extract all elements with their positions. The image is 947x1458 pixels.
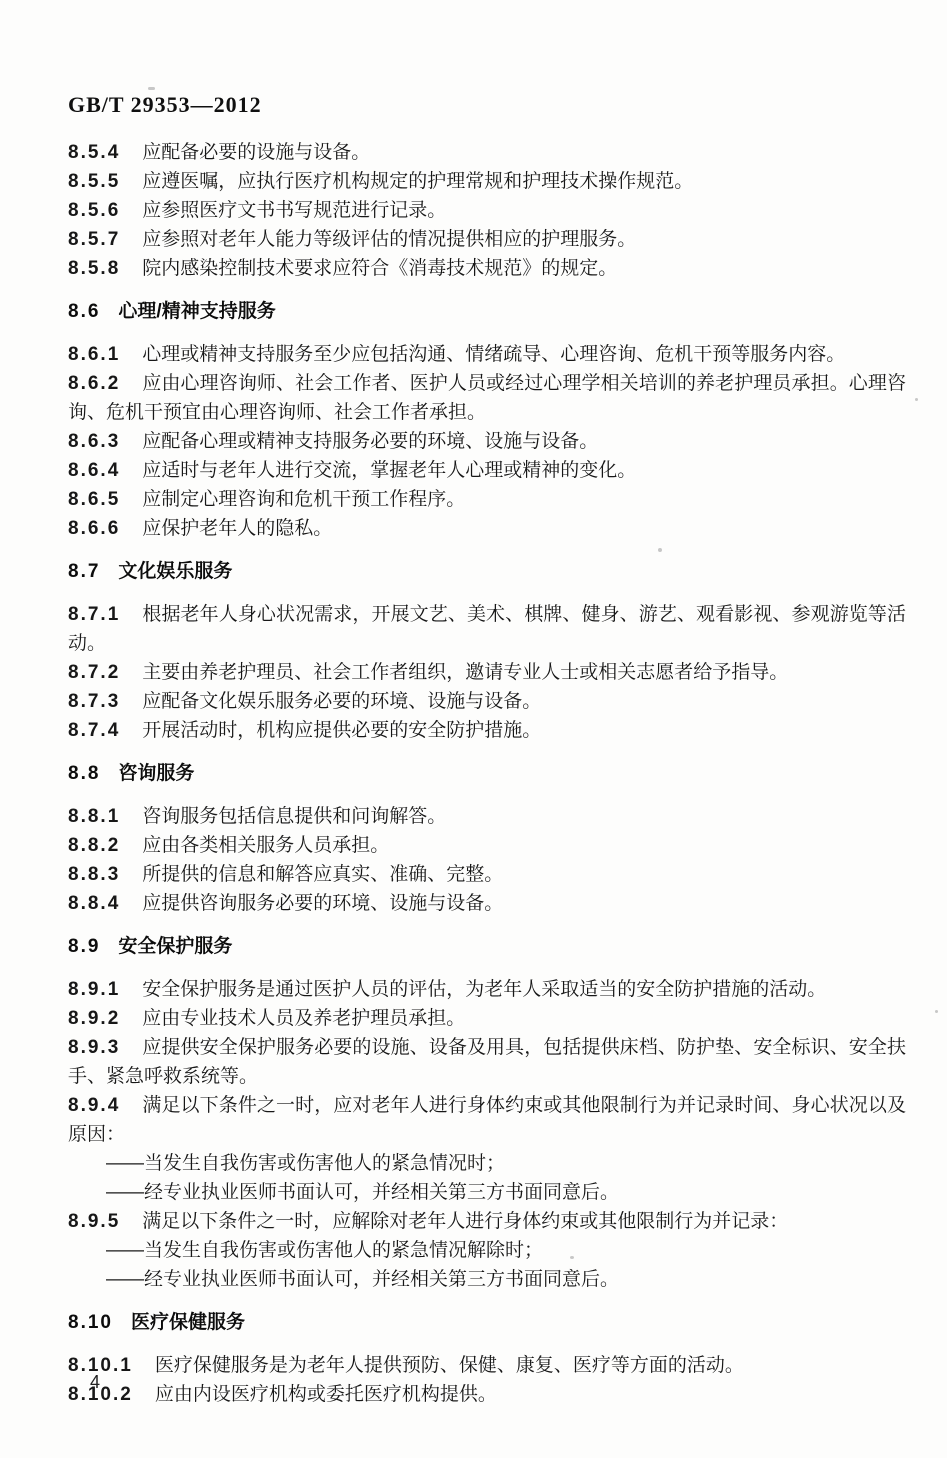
- scan-artifact: [570, 1256, 574, 1259]
- clause-line: 8.10.2应由内设医疗机构或委托医疗机构提供。: [68, 1380, 906, 1409]
- clause-number: 8.9.1: [68, 975, 120, 1004]
- clause-number: 8.5.6: [68, 196, 120, 225]
- clause-line: 8.9.1安全保护服务是通过医护人员的评估，为老年人采取适当的安全防护措施的活动…: [68, 975, 906, 1004]
- clause-number: 8.9.3: [68, 1033, 120, 1062]
- clause-number: 8.10.1: [68, 1351, 133, 1380]
- standard-code-header: GB/T 29353—2012: [68, 92, 262, 118]
- clause-line: 8.7.3应配备文化娱乐服务必要的环境、设施与设备。: [68, 687, 906, 716]
- clause-text: 应适时与老年人进行交流，掌握老年人心理或精神的变化。: [142, 460, 636, 481]
- clause-line: 8.5.7应参照对老年人能力等级评估的情况提供相应的护理服务。: [68, 225, 906, 254]
- clause-number: 8.5.8: [68, 254, 120, 283]
- clause-line: 8.9.4满足以下条件之一时，应对老年人进行身体约束或其他限制行为并记录时间、身…: [68, 1091, 906, 1149]
- clause-line: 8.7.1根据老年人身心状况需求，开展文艺、美术、棋牌、健身、游艺、观看影视、参…: [68, 600, 906, 658]
- clause-number: 8.5.4: [68, 138, 120, 167]
- clause-number: 8.6.3: [68, 427, 120, 456]
- clause-number: 8.9.4: [68, 1091, 120, 1120]
- section-heading: 8.8咨询服务: [68, 759, 906, 788]
- clause-number: 8.5.7: [68, 225, 120, 254]
- clause-text: 应配备心理或精神支持服务必要的环境、设施与设备。: [142, 431, 598, 452]
- clause-number: 8.7.4: [68, 716, 120, 745]
- dash-list-item: ——经专业执业医师书面认可，并经相关第三方书面同意后。: [68, 1265, 906, 1294]
- scan-artifact: [915, 398, 918, 401]
- clause-text: 满足以下条件之一时，应对老年人进行身体约束或其他限制行为并记录时间、身心状况以及…: [68, 1095, 906, 1145]
- section-title: 医疗保健服务: [131, 1312, 245, 1333]
- clause-text: 咨询服务包括信息提供和问询解答。: [142, 806, 446, 827]
- clause-number: 8.6.5: [68, 485, 120, 514]
- dash-list-item: ——当发生自我伤害或伤害他人的紧急情况解除时；: [68, 1236, 906, 1265]
- clause-text: 开展活动时，机构应提供必要的安全防护措施。: [142, 720, 541, 741]
- document-body: 8.5.4应配备必要的设施与设备。8.5.5应遵医嘱，应执行医疗机构规定的护理常…: [68, 138, 906, 1409]
- scan-artifact: [658, 548, 662, 552]
- clause-line: 8.5.6应参照医疗文书书写规范进行记录。: [68, 196, 906, 225]
- clause-line: 8.6.5应制定心理咨询和危机干预工作程序。: [68, 485, 906, 514]
- section-title: 安全保护服务: [118, 936, 232, 957]
- clause-text: 应配备必要的设施与设备。: [142, 142, 370, 163]
- clause-text: 应提供安全保护服务必要的设施、设备及用具，包括提供床档、防护垫、安全标识、安全扶…: [68, 1037, 906, 1087]
- clause-text: 应制定心理咨询和危机干预工作程序。: [142, 489, 465, 510]
- clause-line: 8.6.1心理或精神支持服务至少应包括沟通、情绪疏导、心理咨询、危机干预等服务内…: [68, 340, 906, 369]
- document-page: GB/T 29353—2012 8.5.4应配备必要的设施与设备。8.5.5应遵…: [0, 0, 947, 1458]
- section-heading: 8.9安全保护服务: [68, 932, 906, 961]
- clause-line: 8.7.2主要由养老护理员、社会工作者组织，邀请专业人士或相关志愿者给予指导。: [68, 658, 906, 687]
- clause-number: 8.7.1: [68, 600, 120, 629]
- section-number: 8.7: [68, 557, 100, 586]
- clause-line: 8.7.4开展活动时，机构应提供必要的安全防护措施。: [68, 716, 906, 745]
- section-heading: 8.10医疗保健服务: [68, 1308, 906, 1337]
- clause-text: 主要由养老护理员、社会工作者组织，邀请专业人士或相关志愿者给予指导。: [142, 662, 788, 683]
- clause-line: 8.6.3应配备心理或精神支持服务必要的环境、设施与设备。: [68, 427, 906, 456]
- clause-text: 应参照医疗文书书写规范进行记录。: [142, 200, 446, 221]
- page-number: 4: [90, 1372, 100, 1393]
- clause-line: 8.6.4应适时与老年人进行交流，掌握老年人心理或精神的变化。: [68, 456, 906, 485]
- clause-text: 根据老年人身心状况需求，开展文艺、美术、棋牌、健身、游艺、观看影视、参观游览等活…: [68, 604, 906, 654]
- clause-number: 8.8.3: [68, 860, 120, 889]
- scan-artifact: [148, 87, 155, 90]
- clause-text: 应提供咨询服务必要的环境、设施与设备。: [142, 893, 503, 914]
- clause-text: 应由心理咨询师、社会工作者、医护人员或经过心理学相关培训的养老护理员承担。心理咨…: [68, 373, 906, 423]
- clause-text: 医疗保健服务是为老年人提供预防、保健、康复、医疗等方面的活动。: [155, 1355, 744, 1376]
- clause-line: 8.9.5满足以下条件之一时，应解除对老年人进行身体约束或其他限制行为并记录：: [68, 1207, 906, 1236]
- dash-list-item: ——经专业执业医师书面认可，并经相关第三方书面同意后。: [68, 1178, 906, 1207]
- clause-number: 8.7.3: [68, 687, 120, 716]
- section-heading: 8.7文化娱乐服务: [68, 557, 906, 586]
- clause-line: 8.8.1咨询服务包括信息提供和问询解答。: [68, 802, 906, 831]
- section-number: 8.8: [68, 759, 100, 788]
- clause-number: 8.8.1: [68, 802, 120, 831]
- clause-line: 8.8.4应提供咨询服务必要的环境、设施与设备。: [68, 889, 906, 918]
- clause-text: 院内感染控制技术要求应符合《消毒技术规范》的规定。: [142, 258, 617, 279]
- section-title: 心理/精神支持服务: [118, 301, 275, 322]
- clause-text: 心理或精神支持服务至少应包括沟通、情绪疏导、心理咨询、危机干预等服务内容。: [142, 344, 845, 365]
- clause-text: 满足以下条件之一时，应解除对老年人进行身体约束或其他限制行为并记录：: [142, 1211, 788, 1232]
- clause-number: 8.6.1: [68, 340, 120, 369]
- scan-artifact: [935, 1010, 938, 1013]
- clause-line: 8.6.6应保护老年人的隐私。: [68, 514, 906, 543]
- clause-number: 8.9.2: [68, 1004, 120, 1033]
- clause-number: 8.9.5: [68, 1207, 120, 1236]
- clause-line: 8.8.2应由各类相关服务人员承担。: [68, 831, 906, 860]
- section-number: 8.10: [68, 1308, 113, 1337]
- clause-text: 应由各类相关服务人员承担。: [142, 835, 389, 856]
- clause-line: 8.5.8院内感染控制技术要求应符合《消毒技术规范》的规定。: [68, 254, 906, 283]
- clause-number: 8.8.4: [68, 889, 120, 918]
- dash-list-item: ——当发生自我伤害或伤害他人的紧急情况时；: [68, 1149, 906, 1178]
- clause-number: 8.8.2: [68, 831, 120, 860]
- clause-line: 8.5.4应配备必要的设施与设备。: [68, 138, 906, 167]
- clause-number: 8.10.2: [68, 1380, 133, 1409]
- section-heading: 8.6心理/精神支持服务: [68, 297, 906, 326]
- clause-line: 8.9.3应提供安全保护服务必要的设施、设备及用具，包括提供床档、防护垫、安全标…: [68, 1033, 906, 1091]
- clause-text: 应由内设医疗机构或委托医疗机构提供。: [155, 1384, 497, 1405]
- clause-line: 8.9.2应由专业技术人员及养老护理员承担。: [68, 1004, 906, 1033]
- clause-line: 8.8.3所提供的信息和解答应真实、准确、完整。: [68, 860, 906, 889]
- clause-text: 应遵医嘱，应执行医疗机构规定的护理常规和护理技术操作规范。: [142, 171, 693, 192]
- clause-number: 8.6.6: [68, 514, 120, 543]
- section-number: 8.6: [68, 297, 100, 326]
- clause-text: 所提供的信息和解答应真实、准确、完整。: [142, 864, 503, 885]
- clause-line: 8.5.5应遵医嘱，应执行医疗机构规定的护理常规和护理技术操作规范。: [68, 167, 906, 196]
- clause-text: 应配备文化娱乐服务必要的环境、设施与设备。: [142, 691, 541, 712]
- section-title: 文化娱乐服务: [118, 561, 232, 582]
- clause-text: 应保护老年人的隐私。: [142, 518, 332, 539]
- clause-line: 8.10.1医疗保健服务是为老年人提供预防、保健、康复、医疗等方面的活动。: [68, 1351, 906, 1380]
- clause-text: 应参照对老年人能力等级评估的情况提供相应的护理服务。: [142, 229, 636, 250]
- clause-number: 8.6.2: [68, 369, 120, 398]
- clause-text: 应由专业技术人员及养老护理员承担。: [142, 1008, 465, 1029]
- clause-number: 8.5.5: [68, 167, 120, 196]
- section-title: 咨询服务: [118, 763, 194, 784]
- clause-line: 8.6.2应由心理咨询师、社会工作者、医护人员或经过心理学相关培训的养老护理员承…: [68, 369, 906, 427]
- section-number: 8.9: [68, 932, 100, 961]
- clause-number: 8.6.4: [68, 456, 120, 485]
- clause-text: 安全保护服务是通过医护人员的评估，为老年人采取适当的安全防护措施的活动。: [142, 979, 826, 1000]
- clause-number: 8.7.2: [68, 658, 120, 687]
